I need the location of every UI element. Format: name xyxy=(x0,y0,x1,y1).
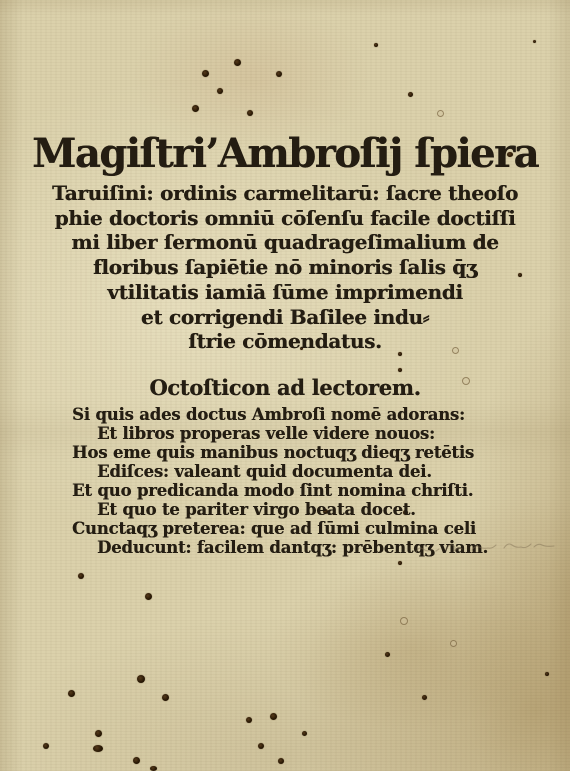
ink-speck xyxy=(68,690,75,697)
verse-line: Hos eme quis manibus noctuqʒ dieqʒ retēt… xyxy=(72,443,522,462)
ink-speck xyxy=(408,92,413,97)
ink-speck xyxy=(137,675,145,683)
ink-speck xyxy=(385,652,390,657)
paragraph-line: Taruiſini: ordinis carmelitarū: ſacre th… xyxy=(0,181,570,206)
paragraph-line: vtilitatis iamiā ſūme imprimendi xyxy=(0,280,570,305)
ink-speck xyxy=(533,40,536,43)
page-title: Magiſtri’Ambroſij ſpiera xyxy=(0,128,570,180)
verse-line: Si quis ades doctus Ambroſi nomē adorans… xyxy=(72,405,522,424)
paper-ring-mark xyxy=(437,110,444,117)
verse-line: Cunctaqʒ preterea: que ad ſūmi culmina c… xyxy=(72,519,522,538)
verse-line: Et quo te pariter virgo beata docet. xyxy=(72,500,522,519)
ink-speck xyxy=(246,717,252,723)
verse-line: Ediſces: valeant quid documenta dei. xyxy=(72,462,522,481)
ink-speck xyxy=(258,743,264,749)
paragraph-line: floribus ſapiētie nō minoris ſalis q̄ʒ xyxy=(0,255,570,280)
ink-speck xyxy=(202,70,209,77)
ink-speck xyxy=(398,561,402,565)
ink-speck xyxy=(150,766,157,771)
paragraph-line: phie doctoris omniū cōſenſu facile docti… xyxy=(0,206,570,231)
ink-speck xyxy=(270,713,277,720)
octosticon-verse: Si quis ades doctus Ambroſi nomē adorans… xyxy=(72,405,522,557)
paper-ring-mark xyxy=(400,617,408,625)
ink-speck xyxy=(192,105,199,112)
ink-speck xyxy=(43,743,49,749)
ink-speck xyxy=(247,110,253,116)
ink-speck xyxy=(162,694,169,701)
ink-speck xyxy=(217,88,223,94)
verse-line: Et libros properas velle videre nouos: xyxy=(72,424,522,443)
ink-speck xyxy=(78,573,84,579)
ink-speck xyxy=(145,593,152,600)
paper-ring-mark xyxy=(450,640,457,647)
ink-speck xyxy=(374,43,378,47)
ink-speck xyxy=(398,368,402,372)
paragraph-line: ſtrie cōmendatus. xyxy=(0,329,570,354)
paragraph-line: mi liber ſermonū quadrageſimalium de xyxy=(0,230,570,255)
ink-speck xyxy=(95,730,102,737)
ink-speck xyxy=(133,757,140,764)
ink-speck xyxy=(234,59,241,66)
verse-line: Deducunt: facilem dantqʒ: prēbentqʒ viam… xyxy=(72,538,522,557)
section-heading-octosticon: Octoſticon ad lectorem. xyxy=(0,376,570,400)
ink-speck xyxy=(302,731,307,736)
scanned-book-page: Magiſtri’Ambroſij ſpiera Taruiſini: ordi… xyxy=(0,0,570,771)
ink-speck xyxy=(93,745,103,752)
ink-speck xyxy=(278,758,284,764)
verse-line: Et quo predicanda modo ſint nomina chriſ… xyxy=(72,481,522,500)
title-paragraph: Taruiſini: ordinis carmelitarū: ſacre th… xyxy=(0,181,570,354)
ink-speck xyxy=(545,672,549,676)
ink-speck xyxy=(422,695,427,700)
ink-speck xyxy=(276,71,282,77)
paragraph-line: et corrigendi Baſilee indu⸗ xyxy=(0,305,570,330)
